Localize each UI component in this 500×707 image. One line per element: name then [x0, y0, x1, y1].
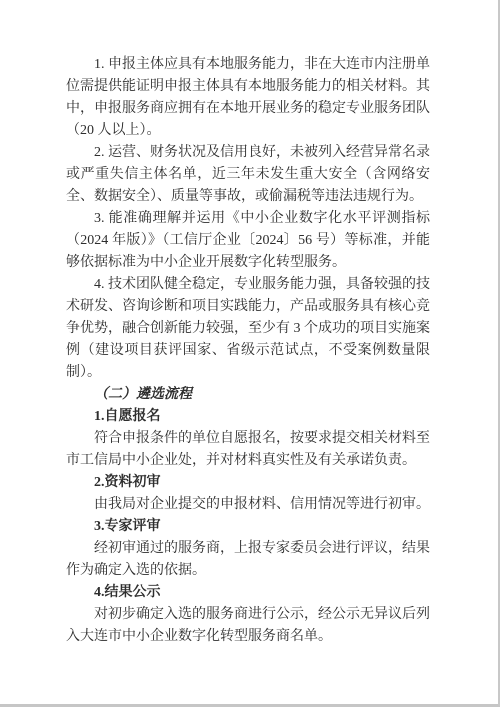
requirement-paragraph-3: 3. 能准确理解并运用《中小企业数字化水平评测指标（2024 年版）》（工信厅企… — [66, 208, 430, 274]
document-body: 1. 申报主体应具有本地服务能力，非在大连市内注册单位需提供能证明申报主体具有本… — [66, 54, 430, 648]
step-body-expert-evaluation: 经初审通过的服务商，上报专家委员会进行评议，结果作为确定入选的依据。 — [66, 538, 430, 582]
requirement-paragraph-4: 4. 技术团队健全稳定，专业服务能力强，具备较强的技术研发、咨询诊断和项目实践能… — [66, 274, 430, 384]
step-body-result-publicity: 对初步确定入选的服务商进行公示，经公示无异议后列入大连市中小企业数字化转型服务商… — [66, 604, 430, 648]
step-title-result-publicity: 4.结果公示 — [66, 582, 430, 604]
step-title-material-preliminary-review: 2.资料初审 — [66, 472, 430, 494]
section-heading-selection-process: （二）遴选流程 — [66, 384, 430, 406]
step-title-voluntary-registration: 1.自愿报名 — [66, 406, 430, 428]
step-title-expert-evaluation: 3.专家评审 — [66, 516, 430, 538]
document-page: 1. 申报主体应具有本地服务能力，非在大连市内注册单位需提供能证明申报主体具有本… — [0, 0, 500, 707]
step-body-material-preliminary-review: 由我局对企业提交的申报材料、信用情况等进行初审。 — [66, 494, 430, 516]
step-body-voluntary-registration: 符合申报条件的单位自愿报名，按要求提交相关材料至市工信局中小企业处，并对材料真实… — [66, 428, 430, 472]
requirement-paragraph-2: 2. 运营、财务状况及信用良好，未被列入经营异常名录或严重失信主体名单，近三年未… — [66, 142, 430, 208]
requirement-paragraph-1: 1. 申报主体应具有本地服务能力，非在大连市内注册单位需提供能证明申报主体具有本… — [66, 54, 430, 142]
